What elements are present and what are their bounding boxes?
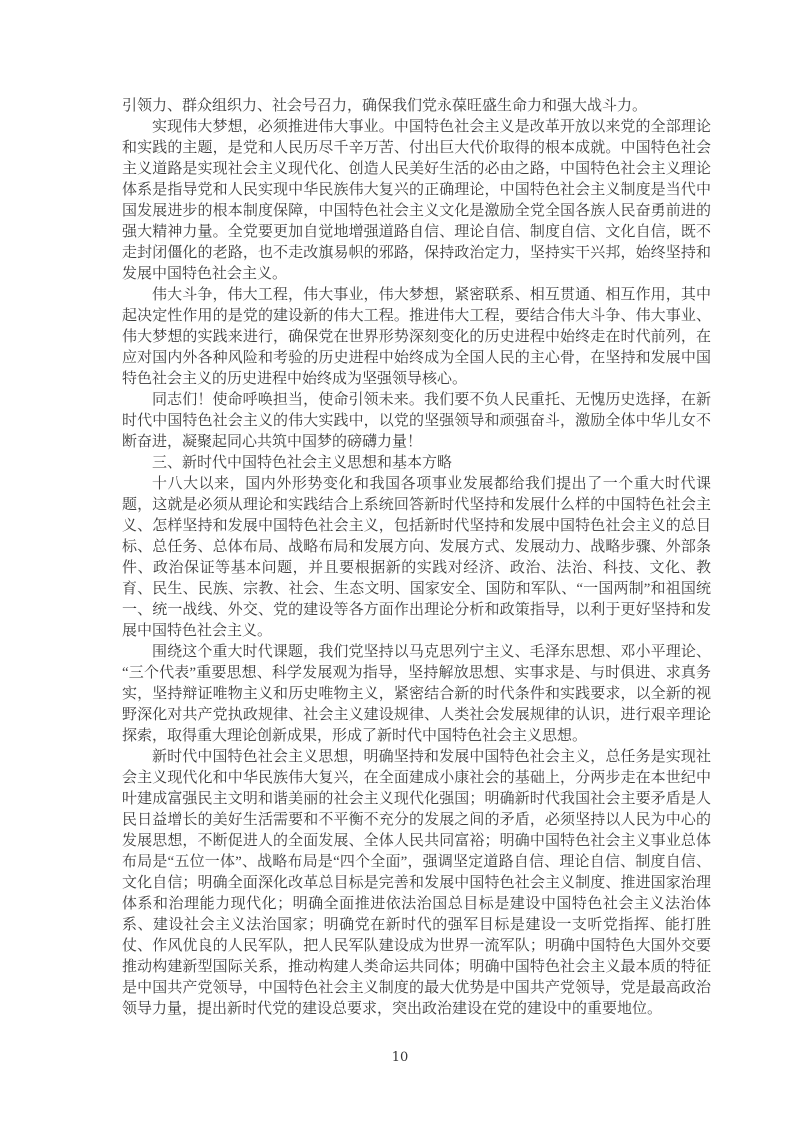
page-number: 10 xyxy=(0,1050,800,1066)
section-heading: 三、新时代中国特色社会主义思想和基本方略 xyxy=(122,453,711,474)
paragraph: 新时代中国特色社会主义思想，明确坚持和发展中国特色社会主义，总任务是实现社会主义… xyxy=(122,747,711,1020)
paragraph: 十八大以来，国内外形势变化和我国各项事业发展都给我们提出了一个重大时代课题，这就… xyxy=(122,474,711,642)
document-body: 引领力、群众组织力、社会号召力，确保我们党永葆旺盛生命力和强大战斗力。 实现伟大… xyxy=(122,96,711,1020)
paragraph: 同志们！使命呼唤担当，使命引领未来。我们要不负人民重托、无愧历史选择，在新时代中… xyxy=(122,390,711,453)
paragraph: 围绕这个重大时代课题，我们党坚持以马克思列宁主义、毛泽东思想、邓小平理论、“三个… xyxy=(122,642,711,747)
paragraph: 实现伟大梦想，必须推进伟大事业。中国特色社会主义是改革开放以来党的全部理论和实践… xyxy=(122,117,711,285)
paragraph: 伟大斗争，伟大工程，伟大事业，伟大梦想，紧密联系、相互贯通、相互作用，其中起决定… xyxy=(122,285,711,390)
paragraph-continuation: 引领力、群众组织力、社会号召力，确保我们党永葆旺盛生命力和强大战斗力。 xyxy=(122,96,711,117)
document-page: 引领力、群众组织力、社会号召力，确保我们党永葆旺盛生命力和强大战斗力。 实现伟大… xyxy=(0,0,800,1133)
